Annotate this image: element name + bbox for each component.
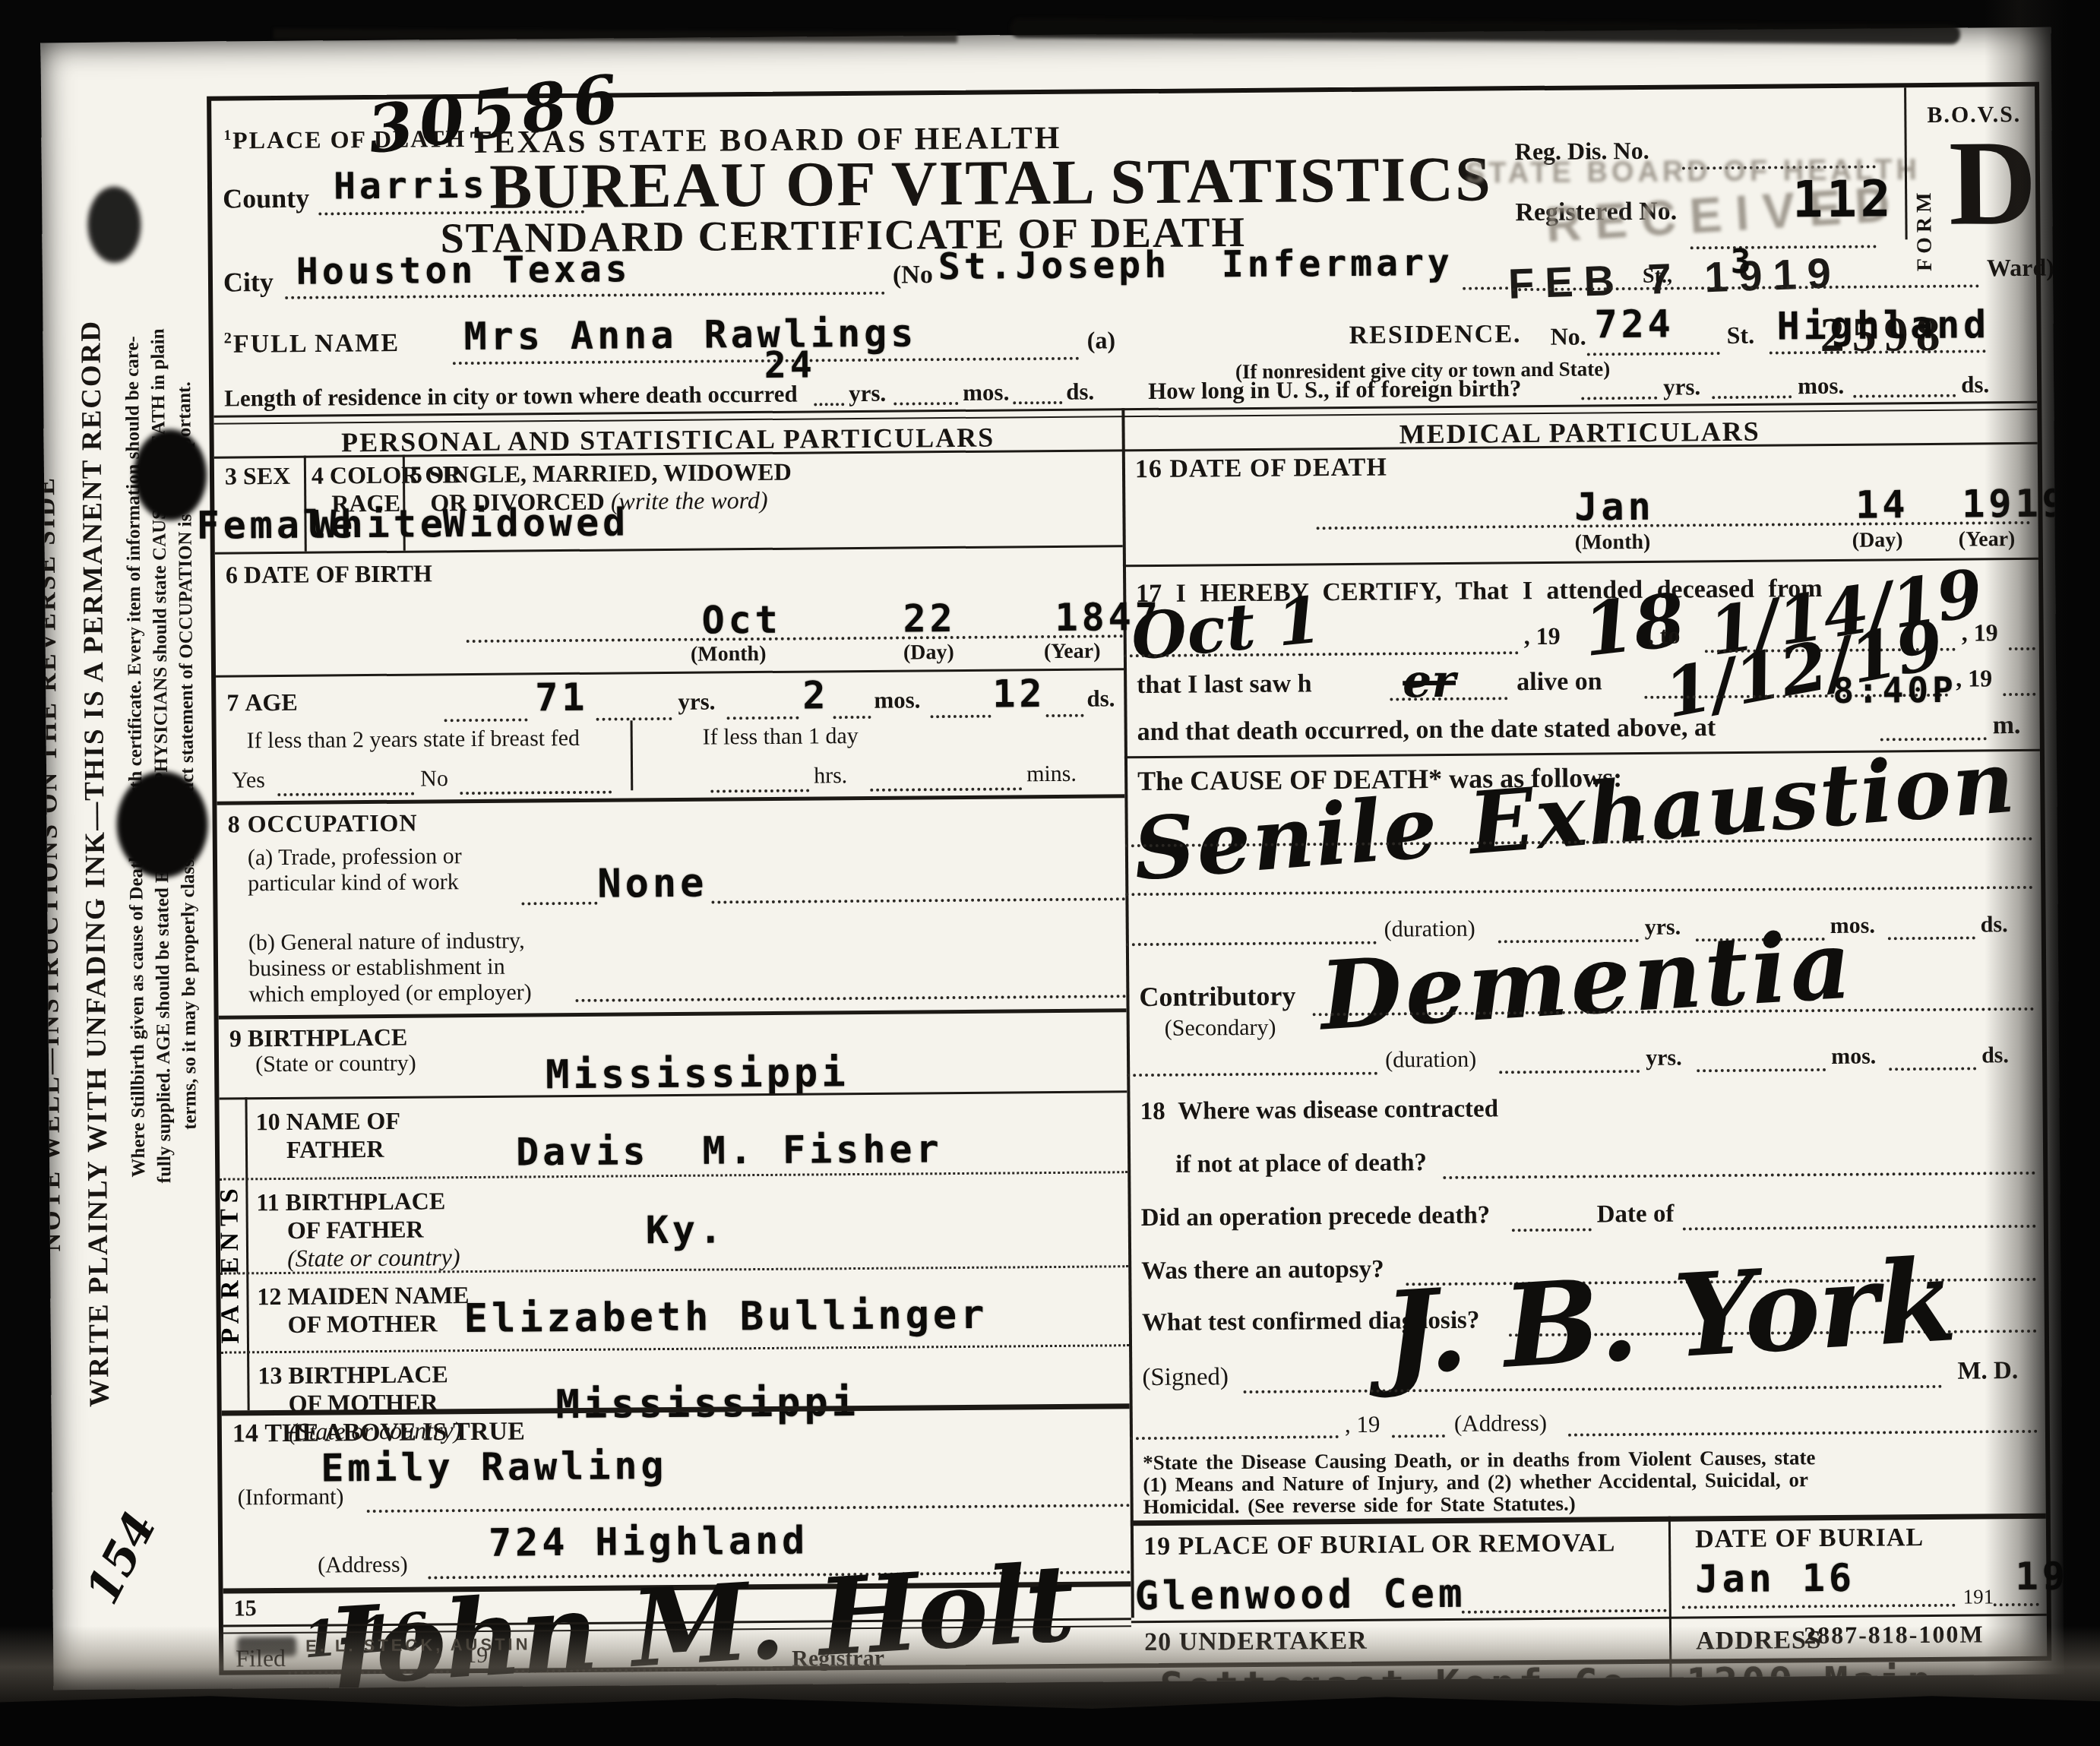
dob-month-caption: (Month)	[691, 642, 767, 667]
autopsy-label: Was there an autopsy?	[1141, 1256, 1384, 1286]
dotted-line	[1690, 245, 1877, 249]
full-name-value: Mrs Anna Rawlings	[463, 311, 917, 359]
occupation-label: 8 OCCUPATION	[227, 809, 417, 839]
divider-line	[216, 668, 1124, 677]
dotted-line	[711, 897, 1125, 903]
divider-line	[217, 794, 1124, 805]
dotted-line	[1712, 395, 1792, 399]
dotted-line	[1013, 401, 1062, 405]
scan-artifact-right-edge	[1985, 0, 2100, 1746]
residence-a-label: (a)	[1087, 326, 1116, 354]
mother-name-label: 12 MAIDEN NAMEOF MOTHER	[257, 1281, 470, 1339]
ink-blob	[116, 771, 208, 878]
dotted-line	[1889, 1067, 1976, 1071]
age-mos-label: mos.	[874, 686, 920, 713]
ward-st-label: St.,	[1643, 264, 1672, 289]
dod-day-caption: (Day)	[1852, 528, 1903, 553]
dotted-line	[367, 1504, 1131, 1513]
informant-address-value: 724 Highland	[489, 1519, 809, 1565]
field-number-1: 1	[223, 128, 232, 144]
statute-footnote: *State the Disease Causing Death, or in …	[1143, 1445, 2040, 1518]
informant-value: Emily Rawling	[321, 1444, 668, 1491]
divider-line	[221, 1344, 1129, 1353]
mother-birthplace-value: Mississippi	[555, 1380, 859, 1428]
dotted-line	[1390, 697, 1507, 701]
to-label: , to	[1648, 622, 1681, 650]
length-mos-label: mos.	[963, 378, 1009, 406]
color-race-value: White	[313, 501, 447, 546]
parents-label: PARENTS	[215, 1149, 247, 1377]
contrib-duration-label: (duration)	[1385, 1047, 1476, 1074]
dotted-line	[277, 792, 414, 796]
ward-value: 3	[1731, 242, 1755, 281]
dotted-line	[1568, 1430, 2038, 1437]
father-birthplace-value: Ky.	[646, 1207, 726, 1252]
dotted-line	[1127, 1072, 1377, 1077]
occupation-b-label: (b) General nature of industry,business …	[248, 928, 532, 1007]
dotted-line	[1512, 1228, 1592, 1232]
contrib-mos-label: mos.	[1831, 1043, 1876, 1069]
dotted-line	[1587, 352, 1720, 356]
dob-year-caption: (Year)	[1044, 639, 1101, 664]
ink-blob	[87, 186, 141, 263]
residence-st-value: Highland	[1776, 302, 1990, 348]
occupation-a-value: None	[597, 861, 708, 907]
dotted-line	[1130, 1435, 1339, 1440]
residence-no-label: No.	[1550, 322, 1586, 350]
birthplace-value: Mississippi	[546, 1050, 849, 1098]
form-word-label: FORM	[1912, 142, 1937, 271]
full-name-label: 2FULL NAME	[224, 329, 400, 359]
disease-contracted-label: 18 Where was disease contracted	[1140, 1095, 1498, 1126]
dotted-line	[444, 718, 528, 722]
physician-signature: J. B. York	[1380, 1233, 1958, 1401]
registered-no-value: 112	[1792, 169, 1895, 229]
operation-label: Did an operation precede death?	[1141, 1201, 1491, 1232]
certificate-paper: NOTE WELL—INSTRUCTIONS ON THE REVERSE SI…	[41, 27, 2064, 1691]
city-value: Houston Texas	[296, 248, 631, 293]
field-number-2: 2	[224, 330, 233, 346]
breastfed-yes-label: Yes	[232, 767, 265, 793]
dotted-line	[466, 634, 1124, 643]
dotted-line	[521, 902, 597, 906]
last-saw-label: that I last saw h	[1137, 669, 1312, 700]
age-label: 7 AGE	[226, 688, 298, 717]
residence-label: RESIDENCE.	[1349, 320, 1521, 350]
father-name-label: 10 NAME OFFATHER	[256, 1107, 401, 1164]
occupation-a-label: (a) Trade, profession orparticular kind …	[248, 843, 462, 897]
dotted-line	[1443, 1172, 2035, 1179]
dotted-line	[1392, 1434, 1445, 1438]
age-days-value: 12	[992, 672, 1046, 716]
birthplace-label: 9 BIRTHPLACE	[229, 1023, 408, 1053]
burial-label: 19 PLACE OF BURIAL OR REMOVAL	[1143, 1529, 1616, 1561]
county-value: Harris	[334, 164, 489, 208]
above-is-true-label: 14 THE ABOVE IS TRUE	[232, 1417, 525, 1448]
age-ds-label: ds.	[1086, 685, 1115, 712]
dotted-line	[1462, 1609, 1667, 1614]
age-yrs-label: yrs.	[678, 688, 715, 715]
contributory-label: Contributory	[1139, 979, 1295, 1013]
dotted-line	[1697, 1068, 1826, 1072]
dotted-line	[1888, 936, 1975, 940]
uslength-yrs-label: yrs.	[1663, 373, 1700, 400]
address-year-label: , 19	[1345, 1411, 1380, 1438]
dotted-line	[1683, 1225, 2036, 1231]
dod-month-caption: (Month)	[1575, 530, 1651, 555]
uslength-mos-label: mos.	[1798, 372, 1844, 400]
address-caption: (Address)	[1454, 1409, 1548, 1438]
father-birthplace-label: 11 BIRTHPLACE OF FATHER (State or countr…	[256, 1187, 460, 1273]
dotted-line	[931, 715, 991, 719]
residence-no-value: 724	[1594, 302, 1675, 347]
divider-line	[631, 720, 634, 790]
age-years-value: 71	[535, 675, 589, 720]
margin-write-plainly: WRITE PLAINLY WITH UNFADING INK—THIS IS …	[73, 43, 127, 1684]
dotted-line	[1682, 1604, 1956, 1609]
dotted-line	[727, 716, 799, 720]
dotted-line	[1499, 1070, 1640, 1074]
birthplace-sub-label: (State or country)	[255, 1051, 416, 1078]
dotted-line	[460, 791, 612, 796]
age-months-value: 2	[802, 673, 830, 717]
city-label: City	[223, 266, 274, 299]
mins-label: mins.	[1026, 761, 1077, 788]
received-date-stamp: FEB 7 1919	[1507, 248, 1842, 308]
address-caption: (Address)	[318, 1552, 408, 1579]
informant-caption: (Informant)	[237, 1484, 343, 1510]
how-long-us-label: How long in U. S., if of foreign birth?	[1148, 375, 1521, 405]
filed-num-label: 15	[234, 1596, 257, 1621]
dotted-line	[1581, 397, 1657, 400]
sex-label: 3 SEX	[225, 462, 291, 491]
breast-fed-label: If less than 2 years state if breast fed	[247, 726, 580, 754]
dotted-line	[710, 789, 809, 793]
burial-date-label: DATE OF BURIAL	[1695, 1523, 1924, 1554]
dod-label: 16 DATE OF DEATH	[1135, 454, 1387, 485]
dotted-line	[833, 716, 871, 719]
less-day-label: If less than 1 day	[703, 723, 859, 751]
secondary-label: (Secondary)	[1165, 1015, 1276, 1042]
hrs-label: hrs.	[814, 763, 847, 789]
dob-day-caption: (Day)	[903, 641, 954, 666]
burial-value: Glenwood Cem	[1134, 1571, 1466, 1619]
residence-st-label: St.	[1726, 321, 1754, 350]
death-time-value: 8:40P	[1833, 669, 1957, 711]
dod-month-value: Jan	[1574, 485, 1655, 530]
dod-day-value: 14	[1855, 482, 1909, 527]
certificate-form: 1PLACE OF DEATH 30586 TEXAS STATE BOARD …	[207, 82, 2051, 1675]
dotted-line	[893, 402, 958, 406]
length-ds-label: ds.	[1066, 378, 1094, 406]
dotted-line	[870, 787, 1022, 792]
institution-paren-label: (No	[893, 261, 933, 289]
institution-value: St.Joseph Infermary	[938, 242, 1453, 288]
dotted-line	[1463, 286, 1508, 289]
signed-label: (Signed)	[1142, 1363, 1229, 1392]
alive-on-label: alive on	[1516, 667, 1602, 697]
dotted-line	[1853, 394, 1956, 398]
dob-day-value: 22	[903, 596, 957, 641]
marital-value: Widowed	[442, 500, 629, 546]
contrib-yrs-label: yrs.	[1646, 1045, 1682, 1071]
margin-note-well: NOTE WELL—INSTRUCTIONS ON THE REVERSE SI…	[41, 43, 78, 1684]
dotted-line	[814, 403, 844, 406]
date-of-label: Date of	[1597, 1200, 1675, 1229]
length-yrs-label: yrs.	[849, 380, 886, 407]
from-year-printed: , 19	[1524, 622, 1561, 650]
dob-label: 6 DATE OF BIRTH	[226, 559, 432, 589]
breastfed-no-label: No	[420, 766, 448, 792]
dob-month-value: Oct	[701, 598, 782, 643]
dotted-line	[1317, 521, 2031, 530]
length-label: Length of residence in city or town wher…	[224, 381, 798, 413]
county-label: County	[223, 182, 309, 215]
dotted-line	[1046, 714, 1084, 717]
father-name-value: Davis M. Fisher	[516, 1127, 943, 1174]
mother-name-value: Elizabeth Bullinger	[464, 1292, 988, 1342]
divider-line	[219, 1008, 1127, 1019]
dotted-line	[285, 292, 885, 299]
not-at-place-label: if not at place of death?	[1175, 1149, 1427, 1179]
dotted-line	[575, 995, 1126, 1002]
dotted-line	[596, 717, 672, 721]
death-occurred-label: and that death occurred, on the date sta…	[1137, 713, 1716, 747]
